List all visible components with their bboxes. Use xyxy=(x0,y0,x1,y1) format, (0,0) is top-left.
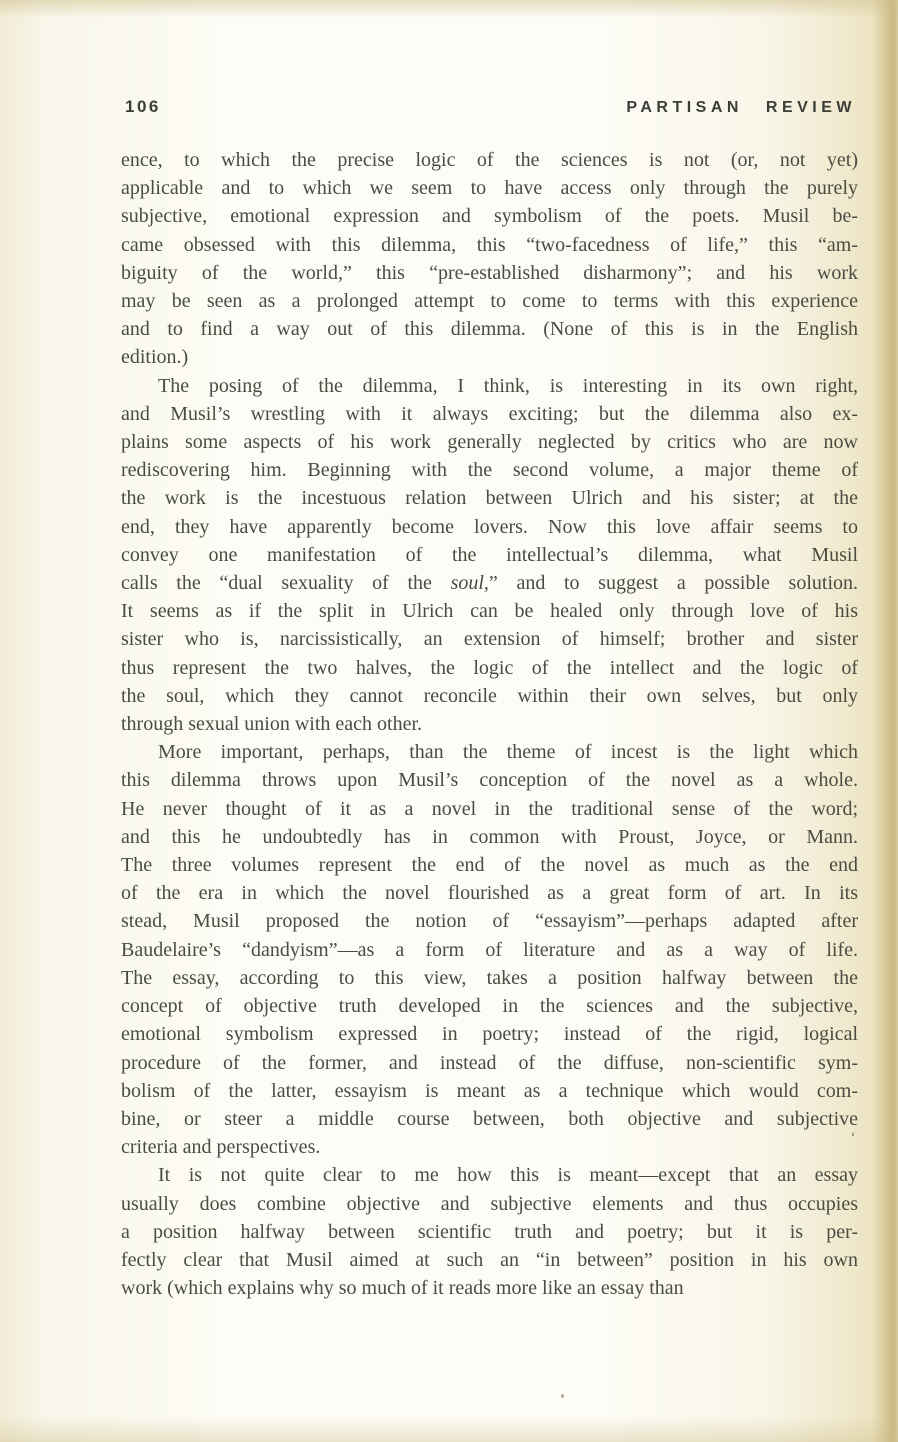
text-segment: Baudelaire’s “dandyism”—as a form of lit… xyxy=(121,939,858,961)
text-segment: usually does combine objective and subje… xyxy=(121,1193,858,1215)
text-segment: this dilemma throws upon Musil’s concept… xyxy=(121,769,858,791)
page-body: ence, to which the precise logic of the … xyxy=(121,146,858,1302)
text-segment: sister who is, narcissistically, an exte… xyxy=(121,628,858,650)
text-segment: came obsessed with this dilemma, this “t… xyxy=(121,234,858,256)
paragraph: More important, perhaps, than the theme … xyxy=(121,738,858,1161)
text-line: plains some aspects of his work generall… xyxy=(121,428,858,456)
italic-text: soul, xyxy=(451,572,489,594)
scanned-book-page: 106 PARTISAN REVIEW ence, to which the p… xyxy=(0,0,898,1442)
text-line: thus represent the two halves, the logic… xyxy=(121,654,858,682)
text-segment: rediscovering him. Beginning with the se… xyxy=(121,459,858,481)
text-segment: The three volumes represent the end of t… xyxy=(121,854,858,876)
text-line: It seems as if the split in Ulrich can b… xyxy=(121,597,858,625)
text-segment: ” and to suggest a possible solution. xyxy=(489,572,858,594)
text-segment: thus represent the two halves, the logic… xyxy=(121,657,858,679)
text-line: biguity of the world,” this “pre-establi… xyxy=(121,259,858,287)
text-segment: a position halfway between scientific tr… xyxy=(121,1221,858,1243)
text-segment: calls the “dual sexuality of the xyxy=(121,572,451,594)
text-segment: It seems as if the split in Ulrich can b… xyxy=(121,600,858,622)
text-line: stead, Musil proposed the notion of “ess… xyxy=(121,907,858,935)
text-line: convey one manifestation of the intellec… xyxy=(121,541,858,569)
text-segment: procedure of the former, and instead of … xyxy=(121,1052,858,1074)
text-segment: edition.) xyxy=(121,346,188,368)
text-line: bolism of the latter, essayism is meant … xyxy=(121,1077,858,1105)
text-line: and to find a way out of this dilemma. (… xyxy=(121,315,858,343)
text-line: He never thought of it as a novel in the… xyxy=(121,795,858,823)
text-line: this dilemma throws upon Musil’s concept… xyxy=(121,766,858,794)
text-segment: through sexual union with each other. xyxy=(121,713,422,735)
text-line: concept of objective truth developed in … xyxy=(121,992,858,1020)
text-segment: emotional symbolism expressed in poetry;… xyxy=(121,1023,858,1045)
text-segment: biguity of the world,” this “pre-establi… xyxy=(121,262,858,284)
text-line: procedure of the former, and instead of … xyxy=(121,1049,858,1077)
text-segment: work (which explains why so much of it r… xyxy=(121,1277,684,1299)
text-line: emotional symbolism expressed in poetry;… xyxy=(121,1020,858,1048)
text-line: work (which explains why so much of it r… xyxy=(121,1274,858,1302)
text-line: It is not quite clear to me how this is … xyxy=(121,1161,858,1189)
text-segment: and this he undoubtedly has in common wi… xyxy=(121,826,858,848)
text-line: Baudelaire’s “dandyism”—as a form of lit… xyxy=(121,936,858,964)
text-line: came obsessed with this dilemma, this “t… xyxy=(121,231,858,259)
scan-speck xyxy=(561,1394,564,1398)
text-segment: He never thought of it as a novel in the… xyxy=(121,798,858,820)
text-segment: and Musil’s wrestling with it always exc… xyxy=(121,403,858,425)
text-line: ence, to which the precise logic of the … xyxy=(121,146,858,174)
text-segment: end, they have apparently become lovers.… xyxy=(121,516,858,538)
text-segment: the work is the incestuous relation betw… xyxy=(121,487,858,509)
text-line: rediscovering him. Beginning with the se… xyxy=(121,456,858,484)
text-segment: stead, Musil proposed the notion of “ess… xyxy=(121,910,858,932)
paragraph: It is not quite clear to me how this is … xyxy=(121,1161,858,1302)
text-line: The posing of the dilemma, I think, is i… xyxy=(121,372,858,400)
paragraph: The posing of the dilemma, I think, is i… xyxy=(121,372,858,739)
text-line: the work is the incestuous relation betw… xyxy=(121,484,858,512)
text-segment: criteria and perspectives. xyxy=(121,1136,320,1158)
text-segment: convey one manifestation of the intellec… xyxy=(121,544,858,566)
running-header: 106 PARTISAN REVIEW xyxy=(125,97,856,117)
text-segment: applicable and to which we seem to have … xyxy=(121,177,858,199)
text-line: subjective, emotional expression and sym… xyxy=(121,202,858,230)
text-segment: and to find a way out of this dilemma. (… xyxy=(121,318,858,340)
text-line: applicable and to which we seem to have … xyxy=(121,174,858,202)
text-line: bine, or steer a middle course between, … xyxy=(121,1105,858,1133)
text-segment: plains some aspects of his work generall… xyxy=(121,431,858,453)
text-line: fectly clear that Musil aimed at such an… xyxy=(121,1246,858,1274)
text-line: may be seen as a prolonged attempt to co… xyxy=(121,287,858,315)
text-segment: subjective, emotional expression and sym… xyxy=(121,205,858,227)
text-segment: ence, to which the precise logic of the … xyxy=(121,149,858,171)
text-segment: It is not quite clear to me how this is … xyxy=(158,1164,858,1186)
text-segment: More important, perhaps, than the theme … xyxy=(158,741,858,763)
text-line: calls the “dual sexuality of the soul,” … xyxy=(121,569,858,597)
journal-title: PARTISAN REVIEW xyxy=(626,99,856,117)
text-segment: fectly clear that Musil aimed at such an… xyxy=(121,1249,858,1271)
text-line: usually does combine objective and subje… xyxy=(121,1190,858,1218)
text-line: criteria and perspectives. xyxy=(121,1133,858,1161)
text-line: a position halfway between scientific tr… xyxy=(121,1218,858,1246)
page-number: 106 xyxy=(125,97,161,117)
text-line: More important, perhaps, than the theme … xyxy=(121,738,858,766)
text-segment: of the era in which the novel flourished… xyxy=(121,882,858,904)
text-line: edition.) xyxy=(121,343,858,371)
text-line: the soul, which they cannot reconcile wi… xyxy=(121,682,858,710)
text-line: end, they have apparently become lovers.… xyxy=(121,513,858,541)
text-line: of the era in which the novel flourished… xyxy=(121,879,858,907)
text-line: The three volumes represent the end of t… xyxy=(121,851,858,879)
text-line: and this he undoubtedly has in common wi… xyxy=(121,823,858,851)
text-segment: concept of objective truth developed in … xyxy=(121,995,858,1017)
text-line: through sexual union with each other. xyxy=(121,710,858,738)
text-line: sister who is, narcissistically, an exte… xyxy=(121,625,858,653)
paragraph: ence, to which the precise logic of the … xyxy=(121,146,858,372)
text-segment: bolism of the latter, essayism is meant … xyxy=(121,1080,858,1102)
text-line: The essay, according to this view, takes… xyxy=(121,964,858,992)
text-segment: The essay, according to this view, takes… xyxy=(121,967,858,989)
text-segment: the soul, which they cannot reconcile wi… xyxy=(121,685,858,707)
text-segment: bine, or steer a middle course between, … xyxy=(121,1108,858,1130)
text-segment: The posing of the dilemma, I think, is i… xyxy=(158,375,858,397)
text-line: and Musil’s wrestling with it always exc… xyxy=(121,400,858,428)
text-segment: may be seen as a prolonged attempt to co… xyxy=(121,290,858,312)
